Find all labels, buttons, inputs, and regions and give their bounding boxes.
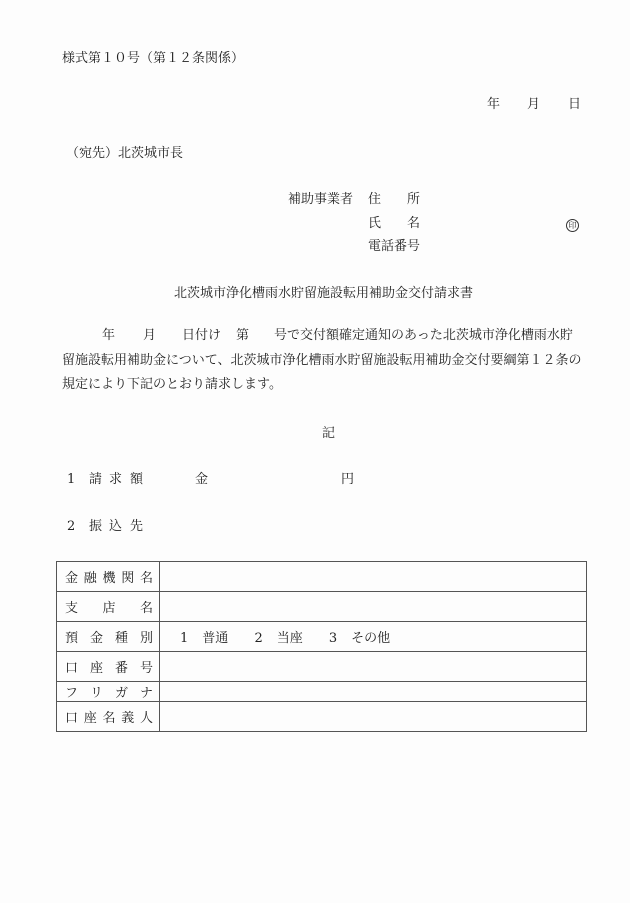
phone-label: 電話番号 [368,239,420,255]
item1-number: 1 [67,472,75,488]
label-account-holder: 口 座 名 義 人 [57,702,160,732]
bank-account-table: 金 融 機 関 名 支 店 名 預 金 種 別 1普通 2当座 3その他 口 [56,561,587,732]
label-char: 番 [115,657,128,676]
label-char: 口 [65,657,78,676]
label-char: 店 [102,597,115,616]
name-label-1: 氏 [368,216,381,232]
body-dated: 日付け [182,328,221,344]
address-label-2: 所 [407,192,420,208]
date-day: 日 [568,97,581,113]
row-account-holder: 口 座 名 義 人 [57,702,587,732]
label-furigana: フ リ ガ ナ [57,682,160,702]
branch-name-field[interactable] [160,592,587,622]
label-char: 口 [65,707,78,726]
row-account-number: 口 座 番 号 [57,652,587,682]
label-char: 預 [65,627,78,646]
label-char: 関 [121,567,134,586]
item2-label-2: 込 [109,519,122,535]
address-label-1: 住 [368,192,381,208]
document-title: 北茨城市浄化槽雨水貯留施設転用補助金交付請求書 [174,286,473,302]
date-year: 年 [487,97,500,113]
seal-mark-icon: 印 [566,217,579,233]
option-current[interactable]: 当座 [277,631,303,646]
name-label-2: 名 [407,216,420,232]
label-bank-name: 金 融 機 関 名 [57,562,160,592]
body-line2: 留施設転用補助金について、北茨城市浄化槽雨水貯留施設転用補助金交付要綱第１２条の [62,353,581,369]
label-char: 別 [140,627,153,646]
applicant-role-label: 補助事業者 [288,192,353,208]
option-number: 1 [180,631,188,646]
label-char: 名 [102,707,115,726]
label-char: 人 [140,707,153,726]
body-month: 月 [143,328,156,344]
account-number-field[interactable] [160,652,587,682]
label-branch-name: 支 店 名 [57,592,160,622]
label-char: 名 [140,597,153,616]
option-number: 3 [329,631,337,646]
label-char: 金 [90,627,103,646]
label-deposit-type: 預 金 種 別 [57,622,160,652]
row-branch-name: 支 店 名 [57,592,587,622]
label-char: 義 [121,707,134,726]
amount-unit: 円 [341,472,354,488]
label-char: 種 [115,627,128,646]
bank-name-field[interactable] [160,562,587,592]
ki-heading: 記 [322,426,335,442]
amount-prefix: 金 [195,472,208,488]
label-char: 座 [90,657,103,676]
label-char: 金 [65,567,78,586]
option-ordinary[interactable]: 普通 [202,631,228,646]
item2-number: 2 [67,519,75,535]
label-char: 機 [102,567,115,586]
label-account-number: 口 座 番 号 [57,652,160,682]
label-char: フ [65,682,78,701]
addressee: （宛先）北茨城市長 [66,146,183,162]
body-year: 年 [102,328,115,344]
item1-label-1: 請 [89,472,102,488]
label-char: 融 [84,567,97,586]
body-number-prefix: 第 [236,328,249,344]
row-deposit-type: 預 金 種 別 1普通 2当座 3その他 [57,622,587,652]
account-holder-field[interactable] [160,702,587,732]
item1-label-3: 額 [130,472,143,488]
label-char: 号 [140,657,153,676]
label-char: 支 [65,597,78,616]
label-char: 名 [140,567,153,586]
option-number: 2 [254,631,262,646]
item2-label-3: 先 [130,519,143,535]
item1-label-2: 求 [109,472,122,488]
label-char: リ [90,682,103,701]
label-char: ガ [115,682,128,701]
label-char: ナ [140,682,153,701]
option-other[interactable]: その他 [351,631,390,646]
row-bank-name: 金 融 機 関 名 [57,562,587,592]
body-line1-rest: 号で交付額確定通知のあった北茨城市浄化槽雨水貯 [274,328,573,344]
label-char: 座 [84,707,97,726]
seal-text: 印 [566,219,579,232]
form-number: 様式第１０号（第１２条関係） [62,51,244,67]
item2-label-1: 振 [89,519,102,535]
deposit-type-options: 1普通 2当座 3その他 [160,622,587,652]
furigana-field[interactable] [160,682,587,702]
body-line3: 規定により下記のとおり請求します。 [62,377,282,393]
date-month: 月 [527,97,540,113]
row-furigana: フ リ ガ ナ [57,682,587,702]
